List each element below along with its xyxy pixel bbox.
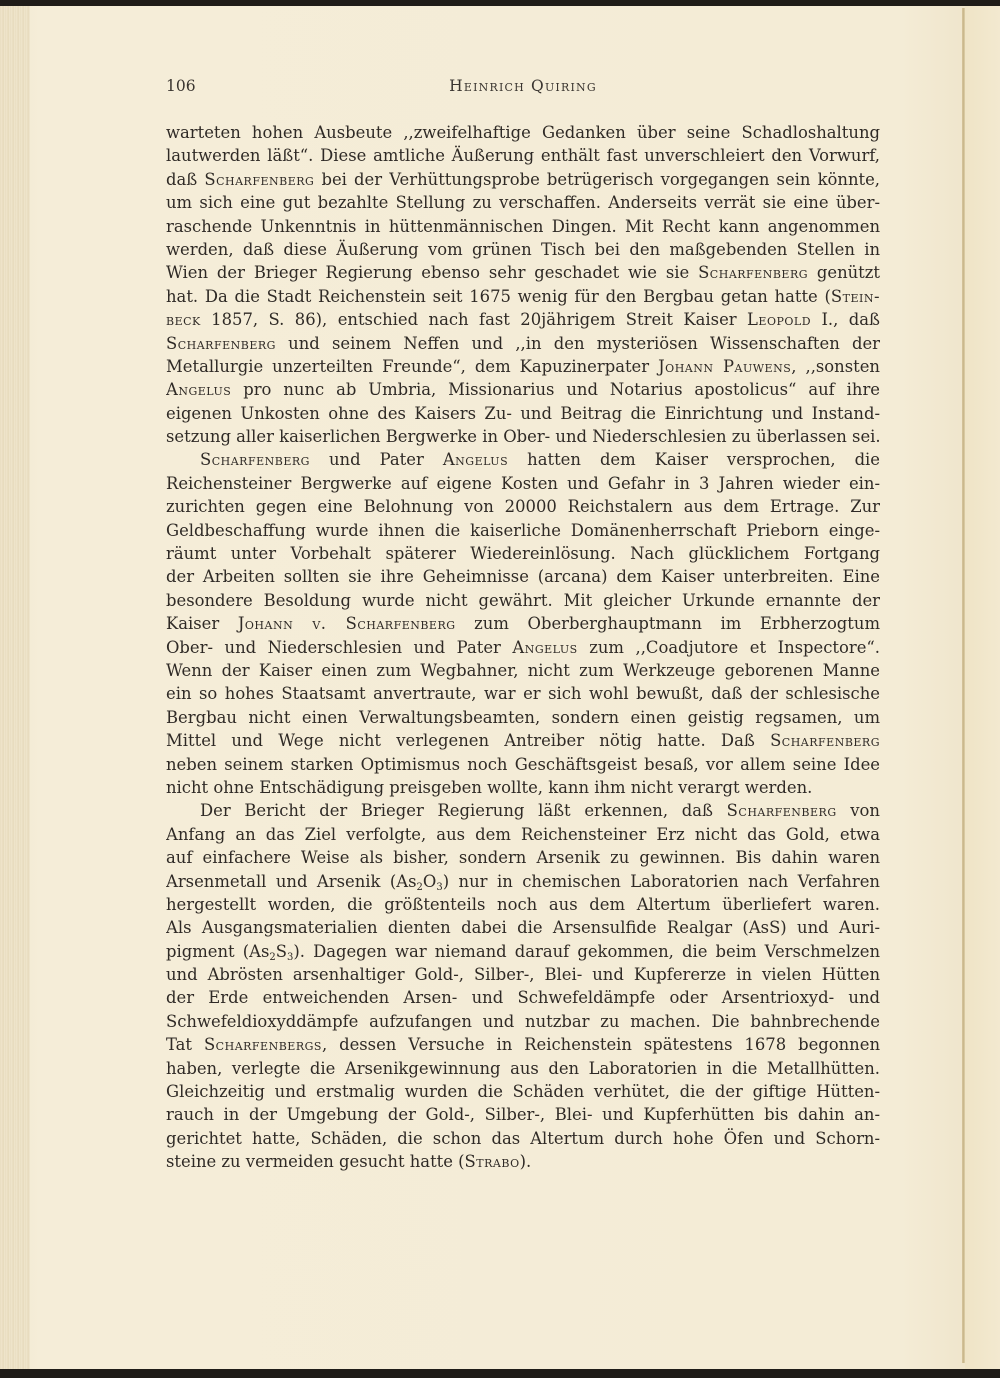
person-name: Scharfenberg bbox=[166, 334, 276, 353]
text-line: setzung aller kaiserlichen Bergwerke in … bbox=[166, 425, 880, 448]
text-line: Als Ausgangsmaterialien dienten dabei di… bbox=[166, 916, 880, 939]
person-name: Scharfenberg bbox=[698, 263, 808, 282]
text-line: Schwefeldioxyddämpfe aufzufangen und nut… bbox=[166, 1010, 880, 1033]
text-line: der Erde entweichenden Arsen- und Schwef… bbox=[166, 986, 880, 1009]
text-line: beck 1857, S. 86), entschied nach fast 2… bbox=[166, 308, 880, 331]
text-line: der Arbeiten sollten sie ihre Geheimniss… bbox=[166, 565, 880, 588]
text-line: werden, daß diese Äußerung vom grünen Ti… bbox=[166, 238, 880, 261]
text-line: Ober- und Niederschlesien und Pater Ange… bbox=[166, 636, 880, 659]
person-name: Scharfenberg bbox=[770, 731, 880, 750]
text-line: Anfang an das Ziel verfolgte, aus dem Re… bbox=[166, 823, 880, 846]
text-line: Gleichzeitig und erstmalig wurden die Sc… bbox=[166, 1080, 880, 1103]
text-line: Reichensteiner Bergwerke auf eigene Kost… bbox=[166, 472, 880, 495]
person-name: Angelus bbox=[443, 450, 508, 469]
text-line: rauch in der Umgebung der Gold-, Silber-… bbox=[166, 1103, 880, 1126]
person-name: Leopold bbox=[747, 310, 811, 329]
text-line: neben seinem starken Optimismus noch Ges… bbox=[166, 753, 880, 776]
text-line: um sich eine gut bezahlte Stellung zu ve… bbox=[166, 191, 880, 214]
text-line: hergestellt worden, die größtenteils noc… bbox=[166, 893, 880, 916]
person-name: Scharfenbergs bbox=[204, 1035, 322, 1054]
text-line: Tat Scharfenbergs, dessen Versuche in Re… bbox=[166, 1033, 880, 1056]
text-line: hat. Da die Stadt Reichenstein seit 1675… bbox=[166, 285, 880, 308]
person-name: Scharfenberg bbox=[200, 450, 310, 469]
book-gutter bbox=[962, 8, 965, 1363]
text-line: raschende Unkenntnis in hüttenmännischen… bbox=[166, 215, 880, 238]
text-line: Wenn der Kaiser einen zum Wegbahner, nic… bbox=[166, 659, 880, 682]
body-text: warteten hohen Ausbeute ,,zweifelhaftige… bbox=[166, 121, 880, 1174]
text-line: Arsenmetall und Arsenik (As2O3) nur in c… bbox=[166, 870, 880, 893]
person-name: Strabo bbox=[465, 1152, 520, 1171]
text-line: Kaiser Johann v. Scharfenberg zum Oberbe… bbox=[166, 612, 880, 635]
text-line: Der Bericht der Brieger Regierung läßt e… bbox=[166, 799, 880, 822]
person-name: Angelus bbox=[166, 380, 231, 399]
text-line: ein so hohes Staatsamt anvertraute, war … bbox=[166, 682, 880, 705]
text-line: besondere Besoldung wurde nicht gewährt.… bbox=[166, 589, 880, 612]
text-line: steine zu vermeiden gesucht hatte (Strab… bbox=[166, 1150, 880, 1173]
text-line: warteten hohen Ausbeute ,,zweifelhaftige… bbox=[166, 121, 880, 144]
person-name: Johann Pauwens bbox=[658, 357, 791, 376]
text-line: Angelus pro nunc ab Umbria, Missionarius… bbox=[166, 378, 880, 401]
person-name: Stein- bbox=[831, 287, 880, 306]
text-line: Scharfenberg und Pater Angelus hatten de… bbox=[166, 448, 880, 471]
person-name: Johann v. Scharfenberg bbox=[238, 614, 456, 633]
text-line: und Abrösten arsenhaltiger Gold-, Silber… bbox=[166, 963, 880, 986]
text-line: Mittel und Wege nicht verlegenen Antreib… bbox=[166, 729, 880, 752]
text-line: gerichtet hatte, Schäden, die schon das … bbox=[166, 1127, 880, 1150]
text-line: lautwerden läßt“. Diese amtliche Äußerun… bbox=[166, 144, 880, 167]
text-line: pigment (As2S3). Dagegen war niemand dar… bbox=[166, 940, 880, 963]
running-head-author: Heinrich Quiring bbox=[166, 77, 880, 95]
text-line: auf einfachere Weise als bisher, sondern… bbox=[166, 846, 880, 869]
text-line: Geldbeschaffung wurde ihnen die kaiserli… bbox=[166, 519, 880, 542]
text-line: räumt unter Vorbehalt späterer Wiederein… bbox=[166, 542, 880, 565]
person-name: Scharfenberg bbox=[204, 170, 314, 189]
facing-page-edge bbox=[965, 6, 1000, 1369]
text-line: eigenen Unkosten ohne des Kaisers Zu- un… bbox=[166, 402, 880, 425]
text-line: Scharfenberg und seinem Neffen und ,,in … bbox=[166, 332, 880, 355]
person-name: Angelus bbox=[512, 638, 577, 657]
text-line: Metallurgie unzerteilten Freunde“, dem K… bbox=[166, 355, 880, 378]
person-name: beck bbox=[166, 310, 201, 329]
text-line: daß Scharfenberg bei der Verhüttungsprob… bbox=[166, 168, 880, 191]
text-line: Bergbau nicht einen Verwaltungsbeamten, … bbox=[166, 706, 880, 729]
text-line: nicht ohne Entschädigung preisgeben woll… bbox=[166, 776, 880, 799]
text-line: Wien der Brieger Regierung ebenso sehr g… bbox=[166, 261, 880, 284]
page-edge-stack bbox=[0, 6, 30, 1369]
text-line: haben, verlegte die Arsenikgewinnung aus… bbox=[166, 1057, 880, 1080]
person-name: Scharfenberg bbox=[727, 801, 837, 820]
running-head: 106 Heinrich Quiring bbox=[166, 77, 880, 99]
text-line: zurichten gegen eine Belohnung von 20000… bbox=[166, 495, 880, 518]
